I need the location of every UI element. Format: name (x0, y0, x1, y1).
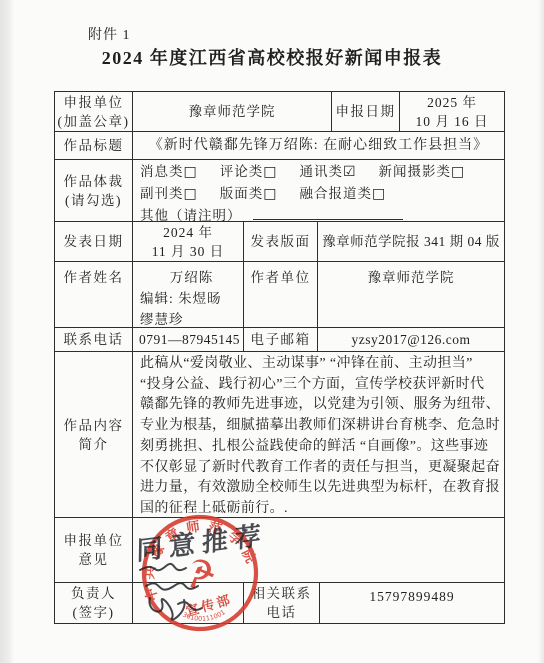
unit-opinion-label: 申报单位 (64, 531, 124, 550)
author-name-label-cell: 作者姓名 (55, 262, 133, 328)
contact-phone-value-cell: 0791—87945145 (133, 328, 244, 352)
declare-date-label-cell: 申报日期 (332, 92, 400, 132)
work-title-label: 作品标题 (64, 136, 124, 155)
work-title-value: 《新时代赣鄱先锋万绍陈: 在耐心细致工作县担当》 (149, 136, 488, 155)
publish-date-value-cell: 2024 年 11 月 30 日 (133, 222, 244, 262)
contact-phone-label: 联系电话 (64, 330, 124, 349)
email-value-cell: yzsy2017@126.com (318, 328, 504, 352)
genre-label-cell: 作品体裁 (请勾选) (55, 160, 133, 222)
related-phone-value: 15797899489 (369, 587, 454, 606)
declare-date-label: 申报日期 (336, 102, 396, 121)
work-title-value-cell: 《新时代赣鄱先锋万绍陈: 在耐心细致工作县担当》 (133, 132, 504, 160)
work-title-label-cell: 作品标题 (55, 132, 133, 160)
declare-date-day: 10 月 16 日 (415, 112, 488, 131)
signature-handwriting (132, 552, 242, 624)
author-editor-line: 编辑: 朱煜旸 (140, 288, 222, 309)
summary-line: 赣鄱先锋的教师先进事迹，以党建为引领、服务为纽带、 (140, 395, 500, 416)
declare-date-year: 2025 年 (427, 93, 477, 112)
genre-option-label: 消息类 (140, 164, 184, 179)
declaring-unit-value-cell: 豫章师范学院 (133, 92, 332, 132)
genre-option: 融合报道类□ (299, 183, 385, 205)
publish-date-label-cell: 发表日期 (55, 222, 133, 262)
summary-line: 专业为根基，细腻描摹出教师们深耕讲台育桃李、危急时 (140, 416, 500, 437)
checkbox-icon: □ (263, 186, 276, 202)
genre-option: 副刊类□ (140, 183, 197, 205)
publish-date-day: 11 月 30 日 (152, 242, 225, 261)
author-editor-line2: 缪慧珍 (140, 309, 184, 330)
genre-option-label: 新闻摄影类 (379, 164, 452, 179)
contact-phone-label-cell: 联系电话 (55, 328, 133, 352)
unit-opinion-label-cell: 申报单位 意见 (55, 518, 133, 583)
email-label: 电子邮箱 (251, 330, 311, 349)
checkbox-icon: □ (184, 164, 197, 180)
genre-option: 通讯类☑ (299, 161, 355, 183)
author-name-value-cell: 万绍陈 编辑: 朱煜旸 缪慧珍 (133, 262, 244, 328)
scan-edge-right (538, 0, 544, 663)
publish-page-value-cell: 豫章师范学院报 341 期 04 版 (318, 222, 504, 262)
genre-label: 作品体裁 (64, 172, 124, 191)
genre-options-row2: 副刊类□ 版面类□ 融合报道类□ (140, 183, 385, 205)
summary-line: 刻勇挑担、扎根公益践使命的鲜活 “自画像”。这些事迹 (140, 437, 488, 458)
declaring-unit-label-cell: 申报单位 (加盖公章) (55, 92, 133, 132)
summary-label: 作品内容 (64, 416, 124, 435)
checkbox-icon: □ (451, 164, 464, 180)
email-value: yzsy2017@126.com (351, 330, 470, 349)
related-phone-value-cell: 15797899489 (320, 583, 504, 623)
publish-page-value: 豫章师范学院报 341 期 04 版 (322, 232, 500, 251)
attachment-label: 附件 1 (88, 24, 131, 44)
checkbox-icon: □ (263, 164, 276, 180)
summary-sublabel: 简介 (79, 435, 109, 454)
summary-line: “投身公益、践行初心”三个方面，宣传学校获评新时代 (140, 375, 484, 396)
responsible-label-cell: 负责人 (签字) (55, 583, 133, 623)
checkbox-checked-icon: ☑ (343, 164, 356, 180)
responsible-sublabel: (签字) (73, 603, 115, 622)
scan-edge-left (0, 0, 14, 663)
author-unit-label: 作者单位 (251, 268, 311, 287)
genre-option-label: 版面类 (220, 186, 264, 201)
genre-other-blank-line (253, 206, 403, 220)
genre-sublabel: (请勾选) (65, 191, 122, 210)
contact-phone-value: 0791—87945145 (139, 330, 240, 349)
summary-line: 此稿从“爱岗敬业、主动谋事” “冲锋在前、主动担当” (140, 354, 473, 375)
genre-option-label: 评论类 (220, 164, 264, 179)
genre-option: 新闻摄影类□ (379, 161, 465, 183)
publish-page-label-cell: 发表版面 (244, 222, 318, 262)
publish-page-label: 发表版面 (251, 232, 311, 251)
responsible-label: 负责人 (71, 584, 116, 603)
summary-text-cell: 此稿从“爱岗敬业、主动谋事” “冲锋在前、主动担当” “投身公益、践行初心”三个… (133, 352, 504, 518)
publish-date-year: 2024 年 (163, 223, 213, 242)
author-name-label: 作者姓名 (64, 268, 124, 287)
checkbox-icon: □ (372, 186, 385, 202)
genre-option: 版面类□ (220, 183, 277, 205)
scanned-application-form: 附件 1 2024 年度江西省高校校报好新闻申报表 申报单位 (加盖公章) 豫章… (0, 0, 544, 663)
author-name-value: 万绍陈 (170, 267, 214, 288)
unit-opinion-sublabel: 意见 (79, 550, 109, 569)
summary-line: 进力量，有效激励全校师生以先进典型为标杆，在教育报 (140, 478, 500, 499)
summary-line: 不仅彰显了新时代教育工作者的责任与担当，更凝聚起奋 (140, 458, 500, 479)
author-unit-value-cell: 豫章师范学院 (318, 262, 504, 328)
genre-options-cell: 消息类□ 评论类□ 通讯类☑ 新闻摄影类□ 副刊类□ 版面类□ 融合报道类□ 其… (133, 160, 504, 222)
author-unit-label-cell: 作者单位 (244, 262, 318, 328)
author-unit-value: 豫章师范学院 (368, 268, 455, 287)
genre-option-label: 通讯类 (299, 164, 343, 179)
genre-option-label: 融合报道类 (299, 186, 372, 201)
related-phone-sublabel: 电话 (267, 603, 297, 622)
checkbox-icon: □ (184, 186, 197, 202)
summary-label-cell: 作品内容 简介 (55, 352, 133, 518)
declare-date-value-cell: 2025 年 10 月 16 日 (400, 92, 504, 132)
email-label-cell: 电子邮箱 (244, 328, 318, 352)
genre-options-row1: 消息类□ 评论类□ 通讯类☑ 新闻摄影类□ (140, 161, 464, 183)
publish-date-label: 发表日期 (64, 232, 124, 251)
genre-option: 评论类□ (220, 161, 277, 183)
declaring-unit-label: 申报单位 (64, 93, 124, 112)
genre-option: 消息类□ (140, 161, 197, 183)
page-title: 2024 年度江西省高校校报好新闻申报表 (0, 44, 544, 70)
declaring-unit-sublabel: (加盖公章) (58, 112, 130, 131)
declaring-unit-value: 豫章师范学院 (189, 102, 276, 121)
genre-option-label: 副刊类 (140, 186, 184, 201)
